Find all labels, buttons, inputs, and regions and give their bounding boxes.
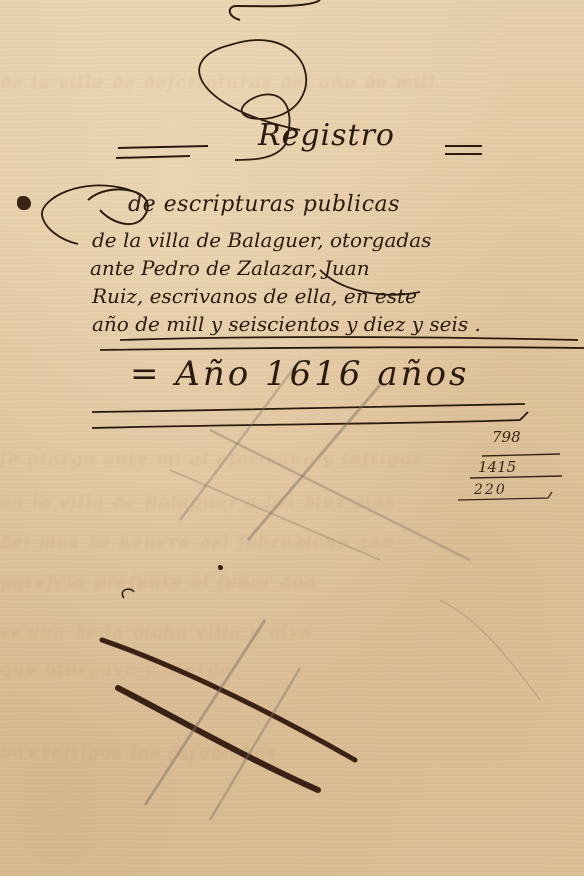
body-line-2: de la villa de Balaguer, otorgadas: [92, 228, 431, 252]
body-line-3: ante Pedro de Zalazar, Juan: [90, 256, 370, 280]
marginal-number-2: 1415: [478, 458, 516, 476]
body-line-5: año de mill y seiscientos y diez y seis …: [92, 312, 481, 336]
body-line-4: Ruiz, escrivanos de ella, en este: [92, 284, 417, 308]
marginal-number-1: 798: [492, 428, 521, 446]
marginal-number-3: 220: [474, 482, 507, 498]
document-title: Registro: [258, 118, 395, 153]
ink-blot: [218, 565, 223, 570]
ink-blot: [17, 196, 31, 210]
body-line-1: de escripturas publicas: [128, 192, 400, 217]
year-line: = Año 1616 años: [130, 354, 469, 394]
manuscript-page: ꝺe la villa ꝺe ꝺeſcripturas ꝺel año ꝺe m…: [0, 0, 584, 876]
